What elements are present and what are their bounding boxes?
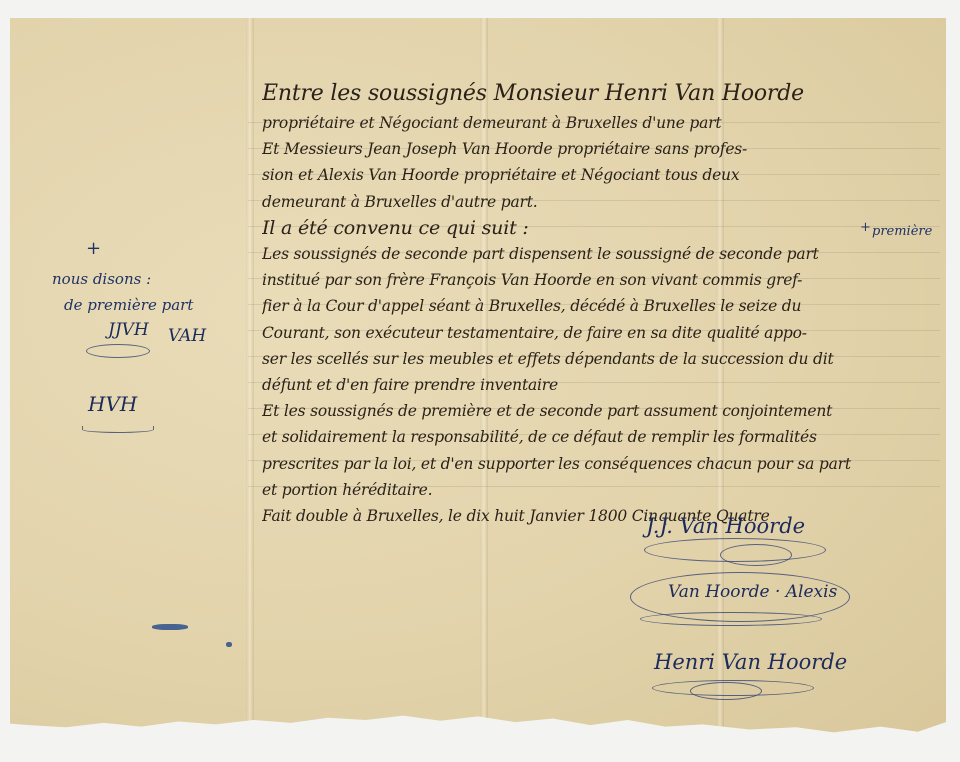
text-line: et portion héréditaire.	[262, 477, 932, 503]
initials: JJVH	[108, 320, 149, 340]
text-line: Et les soussignés de première et de seco…	[262, 398, 932, 424]
text-line: propriétaire et Négociant demeurant à Br…	[262, 110, 932, 136]
margin-note-line: de première part	[64, 292, 193, 318]
signature: Van Hoorde · Alexis	[668, 582, 837, 602]
text-line: demeurant à Bruxelles d'autre part.	[262, 189, 932, 215]
text-line: sion et Alexis Van Hoorde propriétaire e…	[262, 162, 932, 188]
margin-insertion-mark: +	[86, 238, 101, 259]
text-line: Courant, son exécuteur testamentaire, de…	[262, 320, 932, 346]
ink-blot	[152, 624, 188, 630]
signature: Henri Van Hoorde	[654, 650, 847, 674]
initials: HVH	[88, 392, 137, 416]
text-line: Il a été convenu ce qui suit :	[262, 215, 932, 241]
text-line: défunt et d'en faire prendre inventaire	[262, 372, 932, 398]
initials: VAH	[168, 326, 206, 346]
paraph-flourish	[86, 344, 150, 358]
signature-flourish	[720, 544, 792, 566]
text-line: et solidairement la responsabilité, de c…	[262, 424, 932, 450]
text-line: Les soussignés de seconde part dispensen…	[262, 241, 932, 267]
interlinear-correction: première	[872, 224, 932, 239]
text-line: ser les scellés sur les meubles et effet…	[262, 346, 932, 372]
text-line: prescrites par la loi, et d'en supporter…	[262, 451, 932, 477]
signature-flourish	[690, 682, 762, 700]
text-line: Et Messieurs Jean Joseph Van Hoorde prop…	[262, 136, 932, 162]
text-line: institué par son frère François Van Hoor…	[262, 267, 932, 293]
fold-line	[246, 18, 254, 750]
text-line: Fait double à Bruxelles, le dix huit Jan…	[262, 503, 932, 529]
ink-blot	[226, 642, 232, 647]
signature-flourish	[640, 612, 822, 626]
insertion-mark: +	[860, 220, 871, 235]
margin-note-line: nous disons :	[52, 266, 151, 292]
text-line: fier à la Cour d'appel séant à Bruxelles…	[262, 293, 932, 319]
text-line: Entre les soussignés Monsieur Henri Van …	[262, 78, 932, 110]
paraph-flourish	[82, 426, 154, 433]
agreement-body: Entre les soussignés Monsieur Henri Van …	[262, 78, 932, 529]
signature: J.J. Van Hoorde	[646, 514, 805, 538]
